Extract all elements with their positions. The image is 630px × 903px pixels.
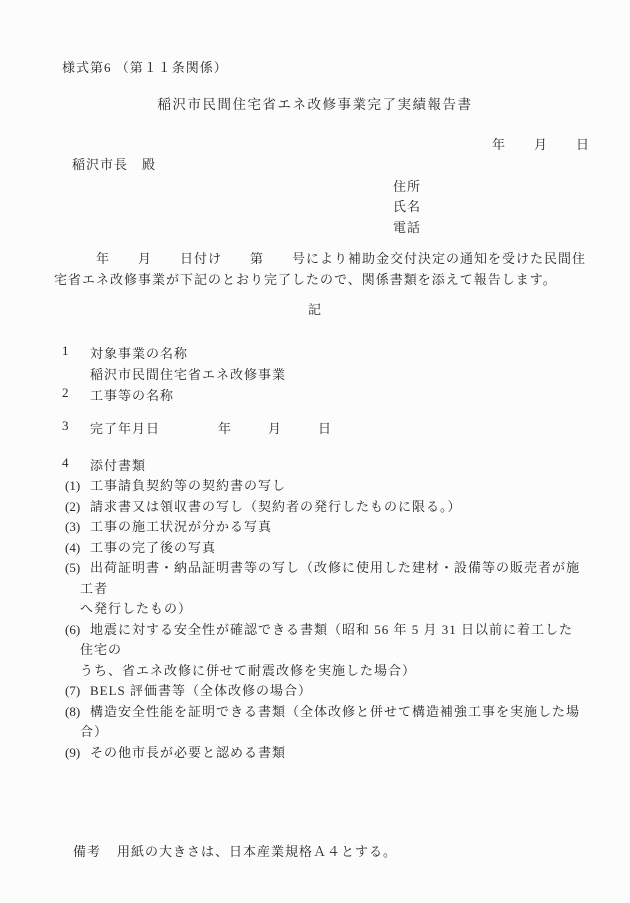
list-item-text: 工事の完了後の写真 xyxy=(80,538,585,559)
section-3-heading: 完了年月日 xyxy=(90,418,160,437)
document-page: 様式第6 （第１１条関係） 稲沢市民間住宅省エネ改修事業完了実績報告書 年 月 … xyxy=(0,0,630,903)
attachment-list: (1) 工事請負契約等の契約書の写し (2) 請求書又は領収書の写し（契約者の発… xyxy=(65,476,585,763)
applicant-phone-label: 電話 xyxy=(393,218,421,238)
list-item-text: 地震に対する安全性が確認できる書類（昭和 56 年 5 月 31 日以前に着工し… xyxy=(80,620,585,682)
date-day-label: 日 xyxy=(576,134,590,153)
list-item: (8) 構造安全性能を証明できる書類（全体改修と併せて構造補強工事を実施した場合… xyxy=(65,702,585,743)
applicant-block: 住所 氏名 電話 xyxy=(393,177,421,238)
section-4-number: 4 xyxy=(62,455,70,471)
list-item-text: 構造安全性能を証明できる書類（全体改修と併せて構造補強工事を実施した場合） xyxy=(80,702,585,743)
section-3-number: 3 xyxy=(62,418,70,434)
section-2-number: 2 xyxy=(62,385,70,401)
list-item: (6) 地震に対する安全性が確認できる書類（昭和 56 年 5 月 31 日以前… xyxy=(65,620,585,682)
section-4-heading: 添付書類 xyxy=(90,455,146,474)
list-item-text: 工事の施工状況が分かる写真 xyxy=(80,517,585,538)
applicant-name-label: 氏名 xyxy=(393,197,421,217)
section-2-heading: 工事等の名称 xyxy=(90,385,174,404)
note: 備考 用紙の大きさは、日本産業規格Ａ４とする。 xyxy=(73,841,397,860)
completion-day-label: 日 xyxy=(318,418,332,437)
list-item-text: 請求書又は領収書の写し（契約者の発行したものに限る。） xyxy=(80,497,585,518)
list-item-text: その他市長が必要と認める書類 xyxy=(80,743,585,764)
list-item-text: 工事請負契約等の契約書の写し xyxy=(80,476,585,497)
list-item-text: BELS 評価書等（全体改修の場合） xyxy=(80,681,585,702)
date-line: 年 月 日 xyxy=(492,134,590,153)
date-year-label: 年 xyxy=(492,134,506,153)
section-1-content: 稲沢市民間住宅省エネ改修事業 xyxy=(90,364,286,383)
list-item: (4) 工事の完了後の写真 xyxy=(65,538,585,559)
section-1-heading: 対象事業の名称 xyxy=(90,343,188,362)
date-month-label: 月 xyxy=(534,134,548,153)
completion-year-label: 年 xyxy=(218,418,232,437)
list-item-text: 出荷証明書・納品証明書等の写し（改修に使用した建材・設備等の販売者が施工者 へ発… xyxy=(80,558,585,620)
list-item: (9) その他市長が必要と認める書類 xyxy=(65,743,585,764)
list-item: (7) BELS 評価書等（全体改修の場合） xyxy=(65,681,585,702)
list-item: (5) 出荷証明書・納品証明書等の写し（改修に使用した建材・設備等の販売者が施工… xyxy=(65,558,585,620)
addressee: 稲沢市長 殿 xyxy=(72,154,156,173)
form-number: 様式第6 （第１１条関係） xyxy=(62,57,228,76)
record-marker: 記 xyxy=(0,299,630,318)
page-title: 稲沢市民間住宅省エネ改修事業完了実績報告書 xyxy=(0,93,630,113)
list-item: (1) 工事請負契約等の契約書の写し xyxy=(65,476,585,497)
note-label: 備考 xyxy=(73,841,101,860)
note-text: 用紙の大きさは、日本産業規格Ａ４とする。 xyxy=(117,841,397,860)
body-paragraph: 年 月 日付け 第 号により補助金交付決定の通知を受けた民間住 宅省エネ改修事業… xyxy=(54,249,606,290)
list-item: (3) 工事の施工状況が分かる写真 xyxy=(65,517,585,538)
list-item: (2) 請求書又は領収書の写し（契約者の発行したものに限る。） xyxy=(65,497,585,518)
applicant-address-label: 住所 xyxy=(393,177,421,197)
section-1-number: 1 xyxy=(62,343,70,359)
completion-month-label: 月 xyxy=(268,418,282,437)
